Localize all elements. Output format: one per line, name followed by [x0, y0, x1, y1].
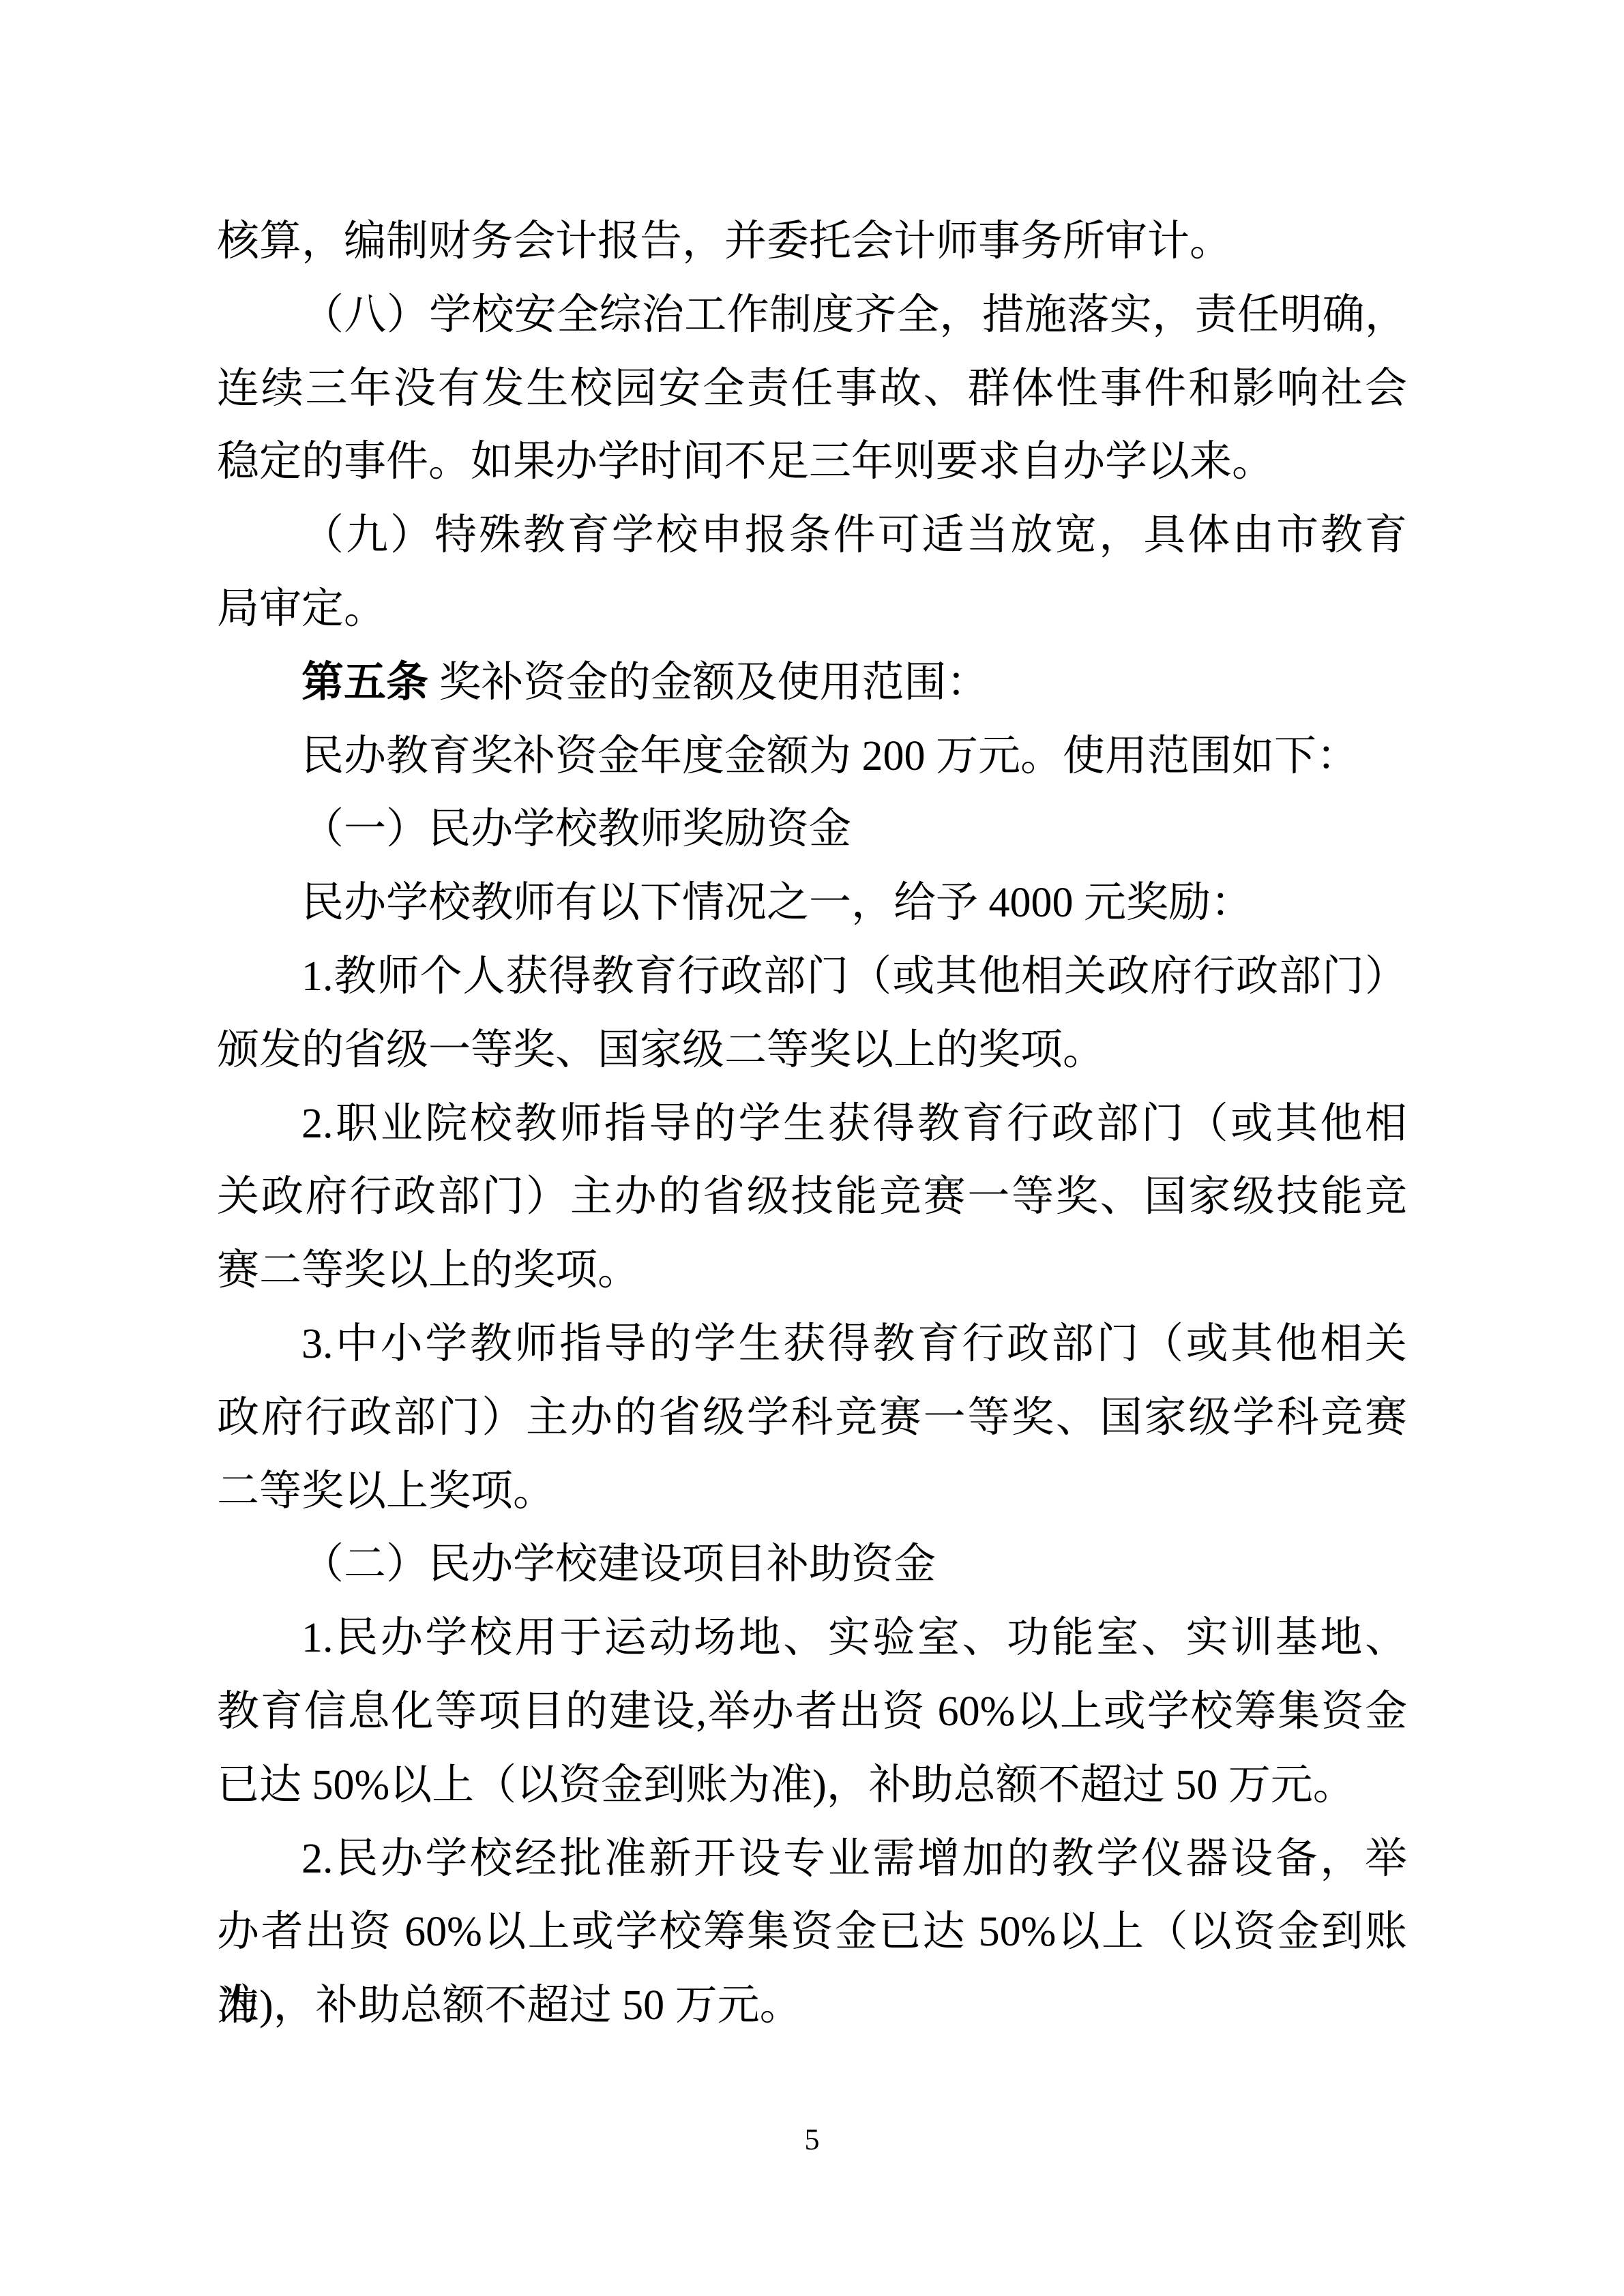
document-line: 稳定的事件。如果办学时间不足三年则要求自办学以来。 — [217, 426, 1407, 499]
document-page: 核算，编制财务会计报告，并委托会计师事务所审计。 （八）学校安全综治工作制度齐全… — [0, 0, 1624, 2296]
document-line-article-heading: 第五条 奖补资金的金额及使用范围： — [217, 646, 1407, 720]
document-line: 核算，编制财务会计报告，并委托会计师事务所审计。 — [217, 205, 1407, 279]
document-line: 民办学校教师有以下情况之一，给予 4000 元奖励： — [217, 867, 1407, 940]
document-line: 3.中小学教师指导的学生获得教育行政部门（或其他相关 — [217, 1308, 1407, 1382]
article-number: 第五条 — [301, 659, 428, 706]
document-line: 民办教育奖补资金年度金额为 200 万元。使用范围如下： — [217, 720, 1407, 794]
document-line: 关政府行政部门）主办的省级技能竞赛一等奖、国家级技能竞 — [217, 1161, 1407, 1234]
document-line: （二）民办学校建设项目补助资金 — [217, 1528, 1407, 1602]
document-line: 颁发的省级一等奖、国家级二等奖以上的奖项。 — [217, 1014, 1407, 1088]
document-line: 政府行政部门）主办的省级学科竞赛一等奖、国家级学科竞赛 — [217, 1382, 1407, 1455]
document-line: 已达 50%以上（以资金到账为准)，补助总额不超过 50 万元。 — [217, 1749, 1407, 1823]
document-line: 办者出资 60%以上或学校筹集资金已达 50%以上（以资金到账为 — [217, 1896, 1407, 1969]
page-number: 5 — [0, 2119, 1624, 2160]
document-line: （一）民办学校教师奖励资金 — [217, 793, 1407, 867]
document-line: （九）特殊教育学校申报条件可适当放宽，具体由市教育 — [217, 499, 1407, 573]
document-line: 教育信息化等项目的建设,举办者出资 60%以上或学校筹集资金 — [217, 1675, 1407, 1749]
article-title: 奖补资金的金额及使用范围： — [428, 659, 989, 706]
document-line: 2.民办学校经批准新开设专业需增加的教学仪器设备，举 — [217, 1823, 1407, 1896]
document-body: 核算，编制财务会计报告，并委托会计师事务所审计。 （八）学校安全综治工作制度齐全… — [217, 205, 1407, 2043]
document-line: 1.教师个人获得教育行政部门（或其他相关政府行政部门） — [217, 940, 1407, 1014]
document-line: 局审定。 — [217, 573, 1407, 646]
document-line: （八）学校安全综治工作制度齐全，措施落实，责任明确， — [217, 279, 1407, 353]
document-line: 赛二等奖以上的奖项。 — [217, 1234, 1407, 1308]
document-line: 2.职业院校教师指导的学生获得教育行政部门（或其他相 — [217, 1088, 1407, 1161]
document-line: 连续三年没有发生校园安全责任事故、群体性事件和影响社会 — [217, 353, 1407, 426]
document-line: 二等奖以上奖项。 — [217, 1455, 1407, 1529]
document-line: 准)，补助总额不超过 50 万元。 — [217, 1969, 1407, 2043]
document-line: 1.民办学校用于运动场地、实验室、功能室、实训基地、 — [217, 1602, 1407, 1675]
